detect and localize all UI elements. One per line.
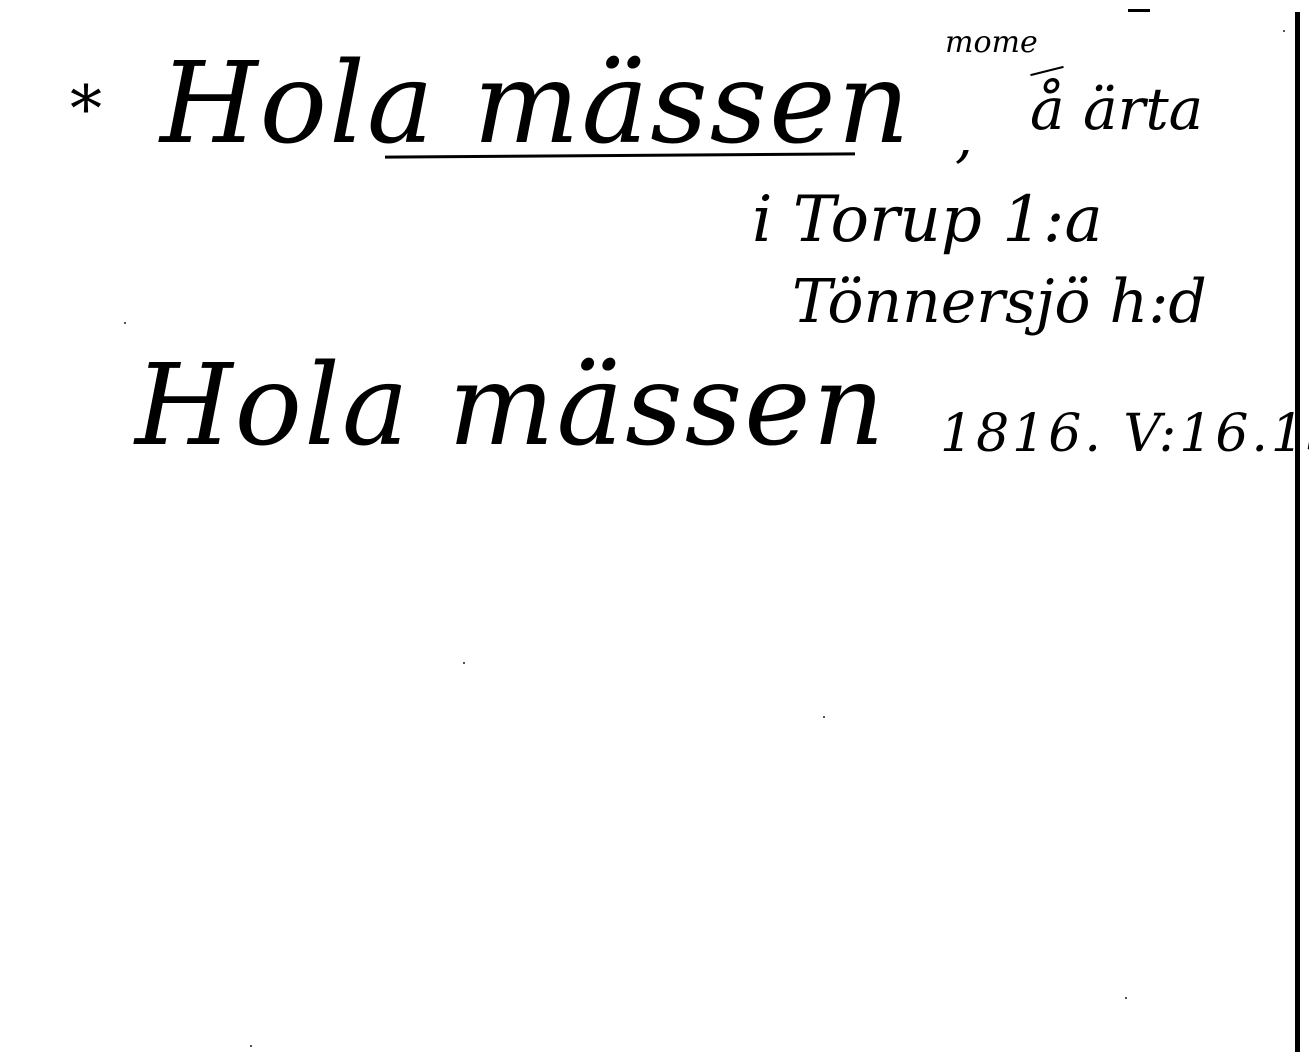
headword: Hola mässen bbox=[160, 48, 912, 160]
entry-marker: * bbox=[70, 78, 102, 142]
scan-speck bbox=[463, 662, 465, 664]
location-district: Tönnersjö h:d bbox=[792, 272, 1207, 332]
location-parish: i Torup 1:a bbox=[752, 188, 1103, 252]
archive-card: * Hola mässen , mome å ärta i Torup 1:a … bbox=[0, 0, 1309, 1063]
scan-speck bbox=[250, 1045, 252, 1047]
scan-speck bbox=[1283, 30, 1285, 32]
card-right-edge bbox=[1295, 12, 1300, 1052]
top-edge-mark bbox=[1128, 9, 1150, 12]
gloss-text: å ärta bbox=[1030, 80, 1203, 138]
citation-date: 1816. V:16.13 bbox=[940, 408, 1309, 460]
scan-speck bbox=[823, 716, 825, 718]
scan-speck bbox=[124, 322, 126, 324]
scan-speck bbox=[1125, 997, 1127, 999]
interlinear-insertion: mome bbox=[945, 28, 1038, 58]
citation-headword: Hola mässen bbox=[135, 350, 887, 462]
headword-comma: , bbox=[955, 110, 973, 166]
